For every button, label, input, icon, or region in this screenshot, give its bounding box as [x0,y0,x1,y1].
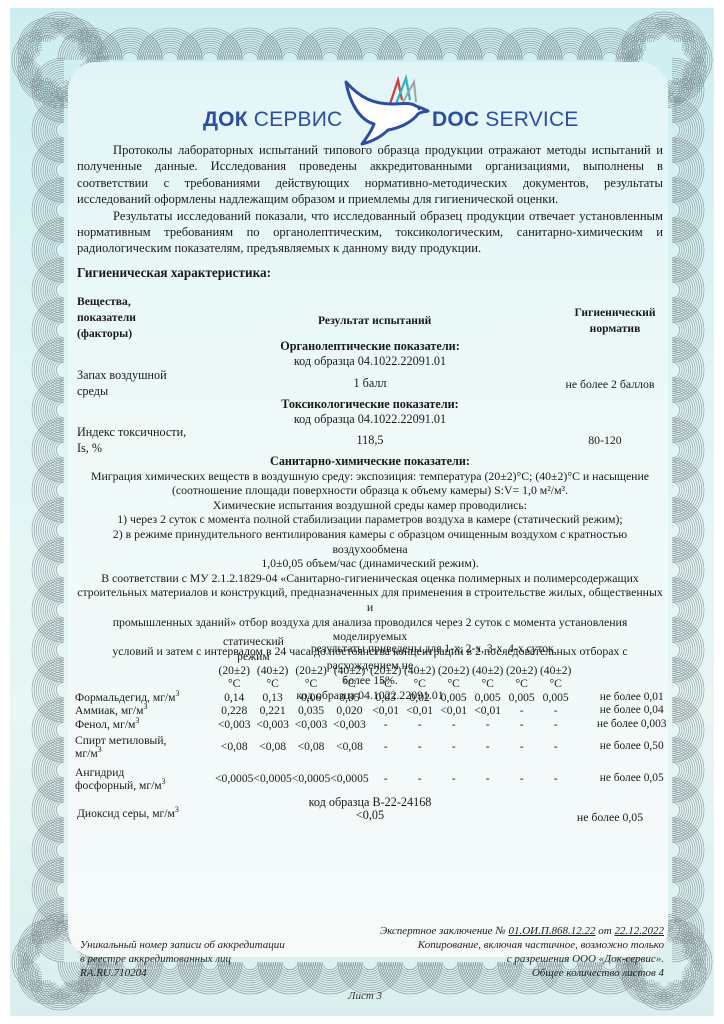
section-title: Гигиеническая характеристика: [77,265,271,281]
unit-cell: °С [471,677,505,690]
static-mode-header: статический режим [215,634,292,664]
substance-name: Ангидридфосфорный, мг/м3 [75,763,215,795]
sulfur-label: Диоксид серы, мг/м3 [77,806,179,822]
sulfur-value: <0,05 [320,807,420,823]
result-cell: - [505,731,539,763]
table-row: Аммиак, мг/м30,2280,2210,0350,020<0,01<0… [75,704,691,717]
result-cell: <0,01 [471,704,505,717]
norm-cell: не более 0,04 [573,704,691,717]
toxicological-label: Индекс токсичности, Is, % [77,424,186,456]
table-header-row: статический режим результаты приведены д… [75,634,691,664]
result-cell: 0,02 [403,691,437,704]
methodology-line: В соответствии с МУ 2.1.2.1829-04 «Санит… [77,571,663,586]
column-header-norm: Гигиенический норматив [560,305,670,337]
norm-cell: не более 0,01 [573,691,691,704]
table-row: Фенол, мг/м3<0,003<0,003<0,003<0,003----… [75,718,691,731]
sanitary-line: Химические испытания воздушной среды кам… [77,498,663,513]
result-cell: - [539,704,573,717]
temperature-cell: (40±2) [471,664,505,677]
sheet-number: Лист 3 [348,990,382,1002]
intro-paragraph-1: Протоколы лабораторных испытаний типовог… [77,142,663,208]
sanitary-line: (соотношение площади поверхности образца… [77,483,663,498]
organoleptic-label: Запах воздушной среды [77,367,167,399]
result-cell: - [369,731,403,763]
document-page: ДОК СЕРВИС DOC SERVICE Протоколы лаборат… [0,0,724,1024]
organoleptic-norm: не более 2 баллов [550,377,670,392]
organoleptic-section-header: Органолептические показатели: код образц… [77,339,663,370]
result-cell: - [539,718,573,731]
sanitary-line: 1,0±0,05 объем/час (динамический режим). [77,556,663,571]
result-cell: <0,08 [330,731,368,763]
unit-cell: °С [253,677,291,690]
intro-text: Протоколы лабораторных испытаний типовог… [77,142,663,257]
result-cell: - [403,763,437,795]
result-cell: 0,005 [471,691,505,704]
chemical-results-table: статический режим результаты приведены д… [75,634,691,795]
intro-paragraph-2: Результаты исследований показали, что ис… [77,208,663,257]
result-cell: <0,01 [437,704,471,717]
results-caption: результаты приведены для 1-х, 2-х, 3-х, … [292,634,573,664]
unit-cell: °С [403,677,437,690]
result-cell: <0,01 [369,704,403,717]
result-cell: - [471,731,505,763]
result-cell: <0,08 [253,731,291,763]
result-cell: 0,06 [292,691,330,704]
result-cell: 0,03 [369,691,403,704]
result-cell: 0,005 [505,691,539,704]
result-cell: 0,05 [330,691,368,704]
logo-text-ru: ДОК СЕРВИС [203,108,342,132]
result-cell: <0,003 [215,718,253,731]
result-cell: - [437,718,471,731]
substance-name: Спирт метиловый,мг/м3 [75,731,215,763]
result-cell: <0,0005 [253,763,291,795]
result-cell: - [539,731,573,763]
expert-conclusion-note: Экспертное заключение № 01.ОИ.П.868.12.2… [380,924,664,980]
logo-text-en: DOC SERVICE [432,108,579,132]
result-cell: <0,0005 [292,763,330,795]
result-cell: - [403,718,437,731]
result-cell: - [369,718,403,731]
substance-name: Аммиак, мг/м3 [75,704,215,717]
result-cell: 0,14 [215,691,253,704]
unit-cell: °С [292,677,330,690]
unit-cell: °С [539,677,573,690]
result-cell: <0,01 [403,704,437,717]
temperature-cell: (40±2) [253,664,291,677]
toxicological-value: 118,5 [320,432,420,448]
result-cell: 0,005 [437,691,471,704]
unit-cell: °С [437,677,471,690]
toxicological-norm: 80-120 [545,433,665,448]
result-cell: 0,221 [253,704,291,717]
temperature-cell: (20±2) [437,664,471,677]
result-cell: <0,003 [292,718,330,731]
result-cell: - [437,763,471,795]
substance-name: Фенол, мг/м3 [75,718,215,731]
unit-row: °С°С°С°С°С°С°С°С°С°С [75,677,691,690]
temperature-row: (20±2)(40±2)(20±2)(40±2)(20±2)(40±2)(20±… [75,664,691,677]
conclusion-number: 01.ОИ.П.868.12.22 [508,925,595,937]
result-cell: <0,08 [292,731,330,763]
result-cell: <0,08 [215,731,253,763]
result-cell: - [505,704,539,717]
methodology-line: строительных материалов и конструкций, п… [77,585,663,614]
accreditation-note: Уникальный номер записи об аккредитации … [80,938,285,980]
table-row: Спирт метиловый,мг/м3<0,08<0,08<0,08<0,0… [75,731,691,763]
result-cell: <0,003 [253,718,291,731]
norm-cell: не более 0,05 [573,763,691,795]
result-cell: - [505,763,539,795]
column-header-result: Результат испытаний [318,313,431,329]
result-cell: <0,0005 [330,763,368,795]
dove-logo-icon [340,74,435,146]
result-cell: - [437,731,471,763]
sanitary-line: 2) в режиме принудительного вентилирован… [77,527,663,556]
table-row: Формальдегид, мг/м30,140,130,060,050,030… [75,691,691,704]
table-row: Ангидридфосфорный, мг/м3<0,0005<0,0005<0… [75,763,691,795]
accreditation-number: RA.RU.710204 [80,966,285,980]
unit-cell: °С [215,677,253,690]
result-cell: - [403,731,437,763]
temperature-cell: (20±2) [292,664,330,677]
result-cell: - [505,718,539,731]
column-header-substances: Вещества, показатели (факторы) [77,294,136,342]
result-cell: <0,0005 [215,763,253,795]
unit-cell: °С [505,677,539,690]
result-cell: 0,228 [215,704,253,717]
result-cell: 0,035 [292,704,330,717]
conclusion-date: 22.12.2022 [615,925,665,937]
unit-cell: °С [330,677,368,690]
result-cell: - [471,763,505,795]
sanitary-line: Миграция химических веществ в воздушную … [77,469,663,484]
temperature-cell: (20±2) [215,664,253,677]
result-cell: <0,003 [330,718,368,731]
total-sheets: Общее количество листов 4 [380,966,664,980]
temperature-cell: (40±2) [330,664,368,677]
result-cell: 0,005 [539,691,573,704]
temperature-cell: (20±2) [505,664,539,677]
temperature-cell: (40±2) [403,664,437,677]
sanitary-line: 1) через 2 суток с момента полной стабил… [77,512,663,527]
result-cell: - [369,763,403,795]
result-cell: - [471,718,505,731]
unit-cell: °С [369,677,403,690]
norm-cell: не более 0,003 [573,718,691,731]
result-cell: - [539,763,573,795]
result-cell: 0,13 [253,691,291,704]
temperature-cell: (40±2) [539,664,573,677]
temperature-cell: (20±2) [369,664,403,677]
norm-cell: не более 0,50 [573,731,691,763]
result-cell: 0,020 [330,704,368,717]
organoleptic-value: 1 балл [320,375,420,391]
sulfur-norm: не более 0,05 [550,810,670,825]
